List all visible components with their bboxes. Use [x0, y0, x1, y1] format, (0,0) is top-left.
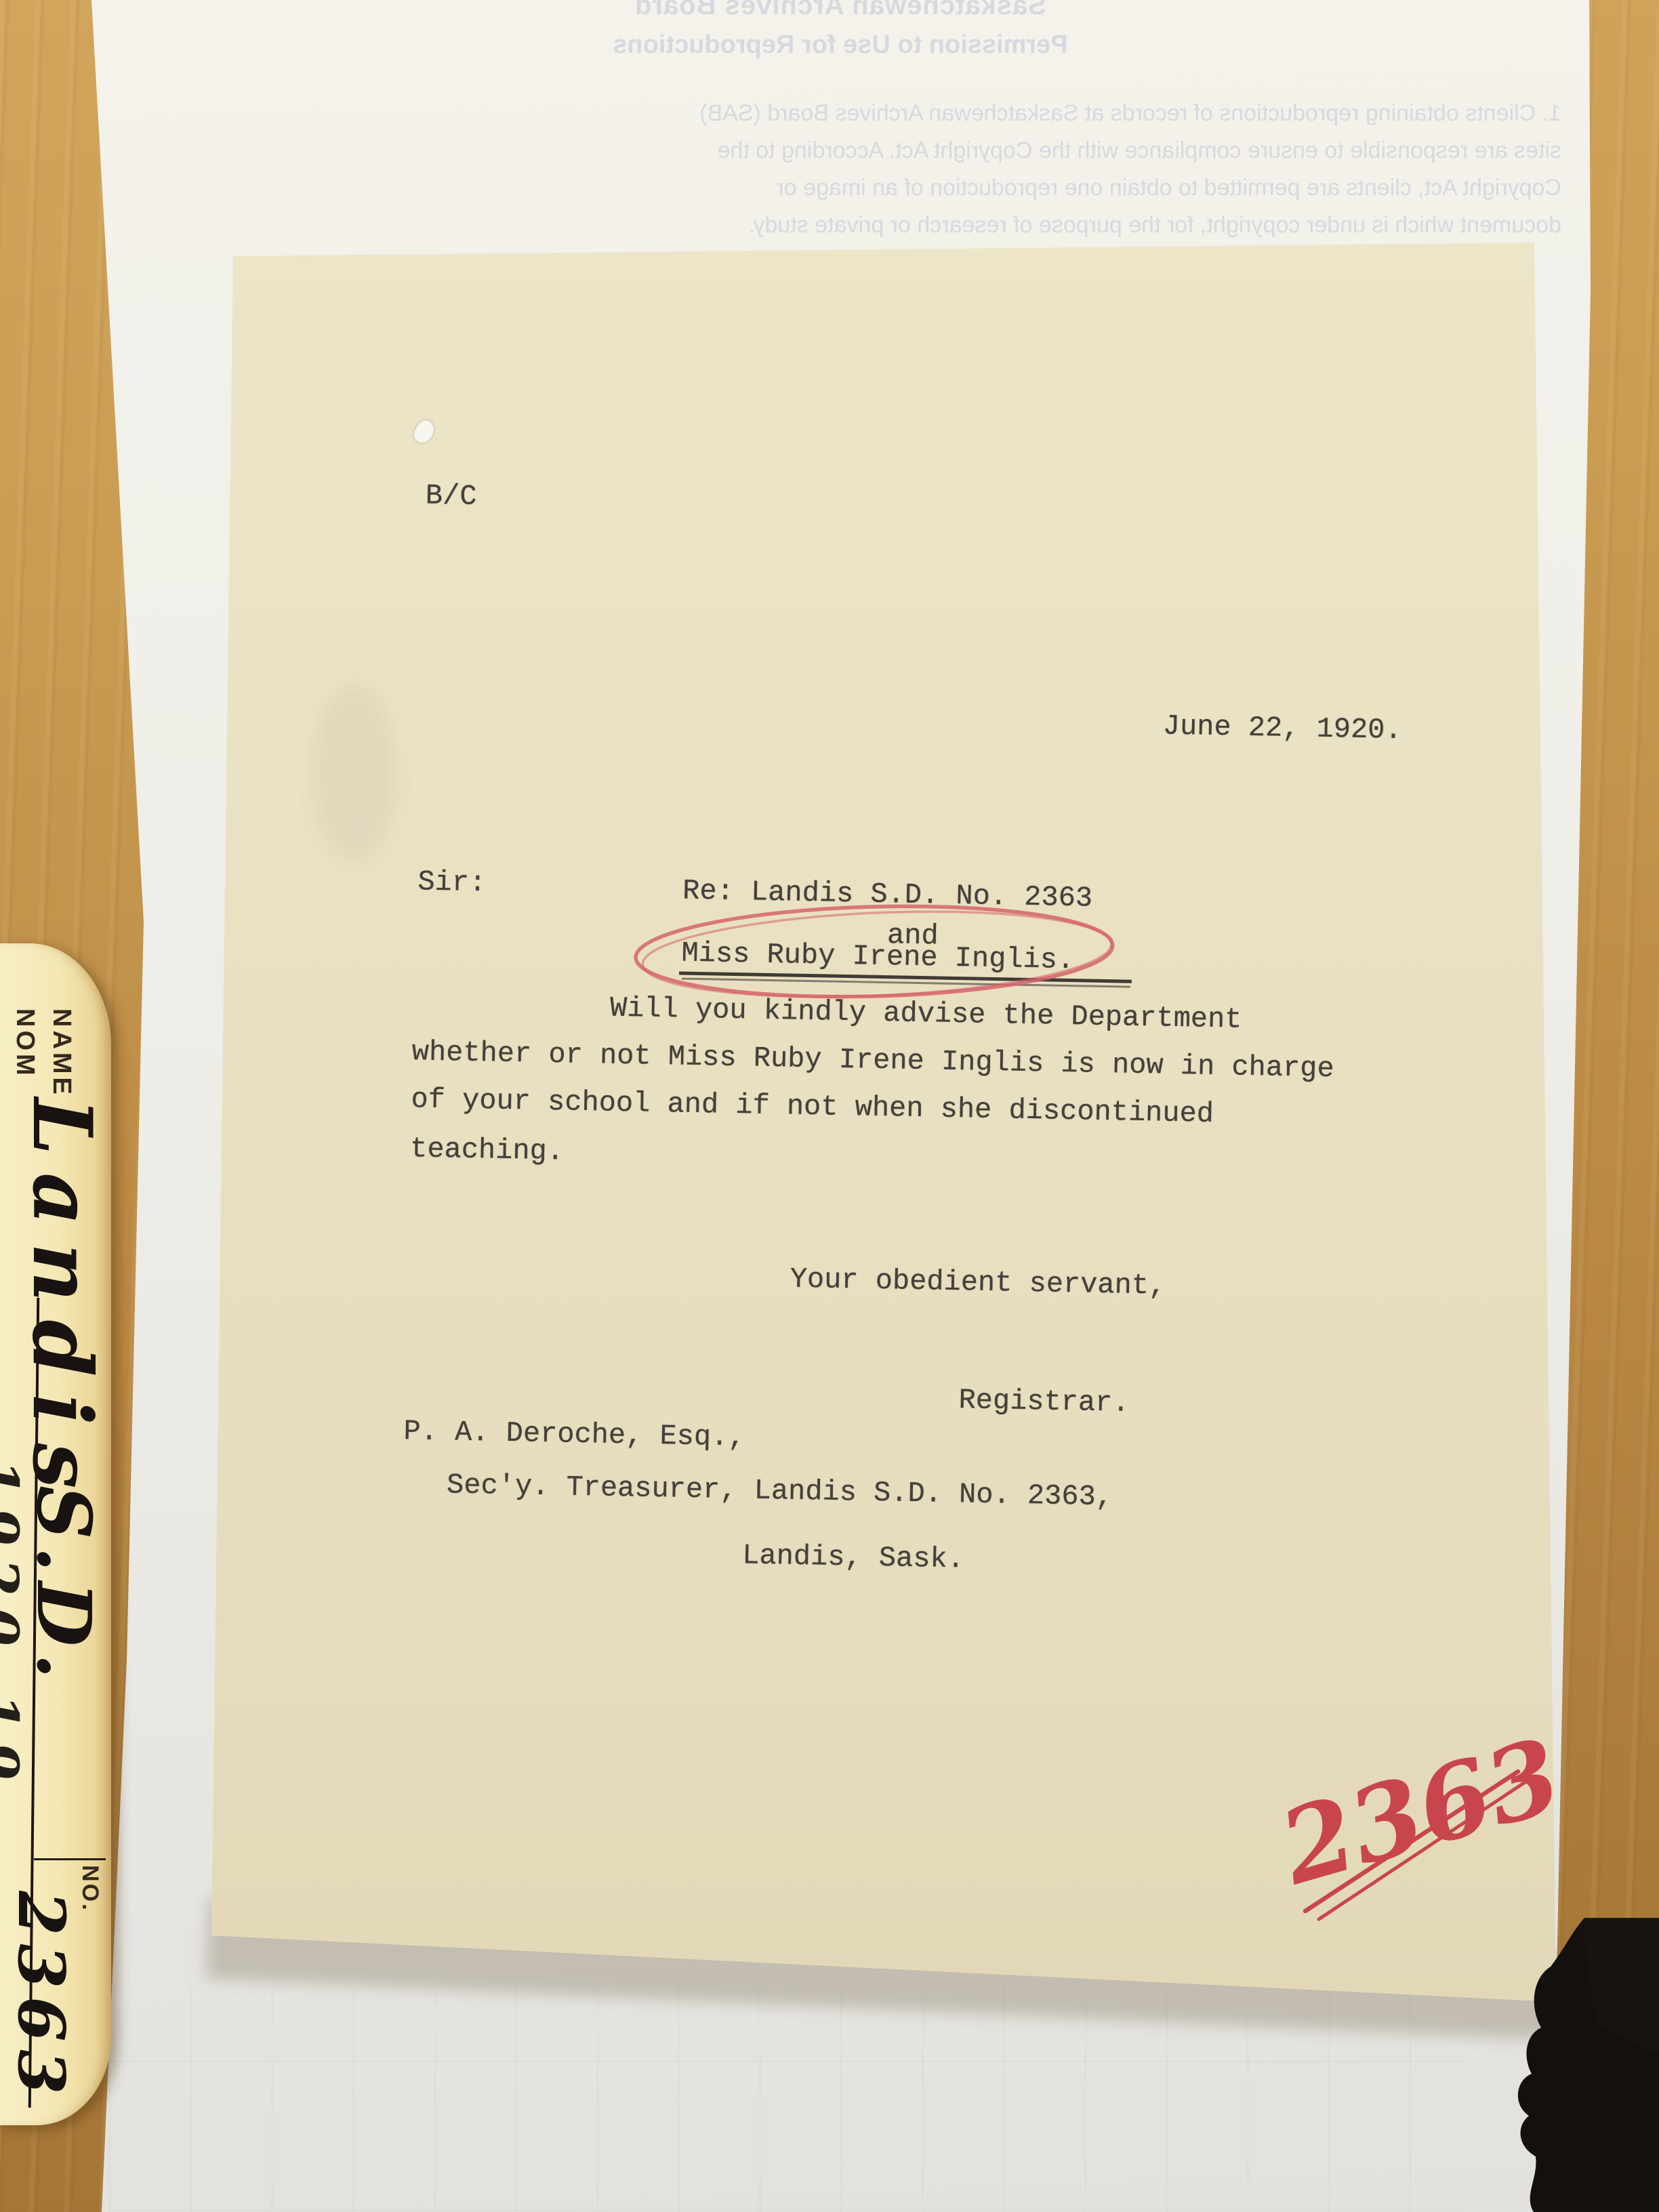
tab-name-label-en: NAME [47, 1008, 76, 1098]
letter-sheet: B/C June 22, 1920. Sir: Re: Landis S.D. … [202, 236, 1561, 2011]
ghost-line: Copyright Act, clients are permitted to … [119, 169, 1561, 207]
red-stamp-number: 2363 [1267, 1715, 1561, 1908]
ghost-line: document which is under copyright, for t… [119, 207, 1561, 244]
ghost-heading: Saskatchewan Archives Board [102, 0, 1579, 21]
desk-photo: Saskatchewan Archives Board Permission t… [0, 0, 1659, 2212]
tab-handwritten-name: Landis [14, 1098, 110, 1506]
red-stamp-annotation: 2363 [1267, 1715, 1561, 1919]
dark-object-silhouette [1496, 1918, 1659, 2212]
tab-name-label: NAME NOM [7, 1008, 80, 1098]
tab-number-label: NO. [77, 1865, 103, 1912]
ghost-line: sites are responsible to ensure complian… [119, 132, 1561, 169]
tab-edge-fragment: 1920-19 [0, 1458, 30, 1793]
red-annotations: 2363 [202, 236, 1561, 2011]
tab-name-label-fr: NOM [11, 1008, 39, 1079]
ghost-bleedthrough-text: Saskatchewan Archives Board Permission t… [102, 0, 1579, 244]
tab-handwritten-number: 2363 [3, 1891, 79, 2102]
tab-separator-line [34, 1858, 106, 1860]
folder-tab: NAME NOM Landis S.D. 1920-19 NO. 2363 [0, 943, 111, 2125]
ghost-subheading: Permission to Use for Reproductions [102, 30, 1579, 60]
red-circle-annotation [634, 901, 1113, 1006]
ghost-line: 1. Clients obtaining reproductions of re… [119, 95, 1561, 132]
